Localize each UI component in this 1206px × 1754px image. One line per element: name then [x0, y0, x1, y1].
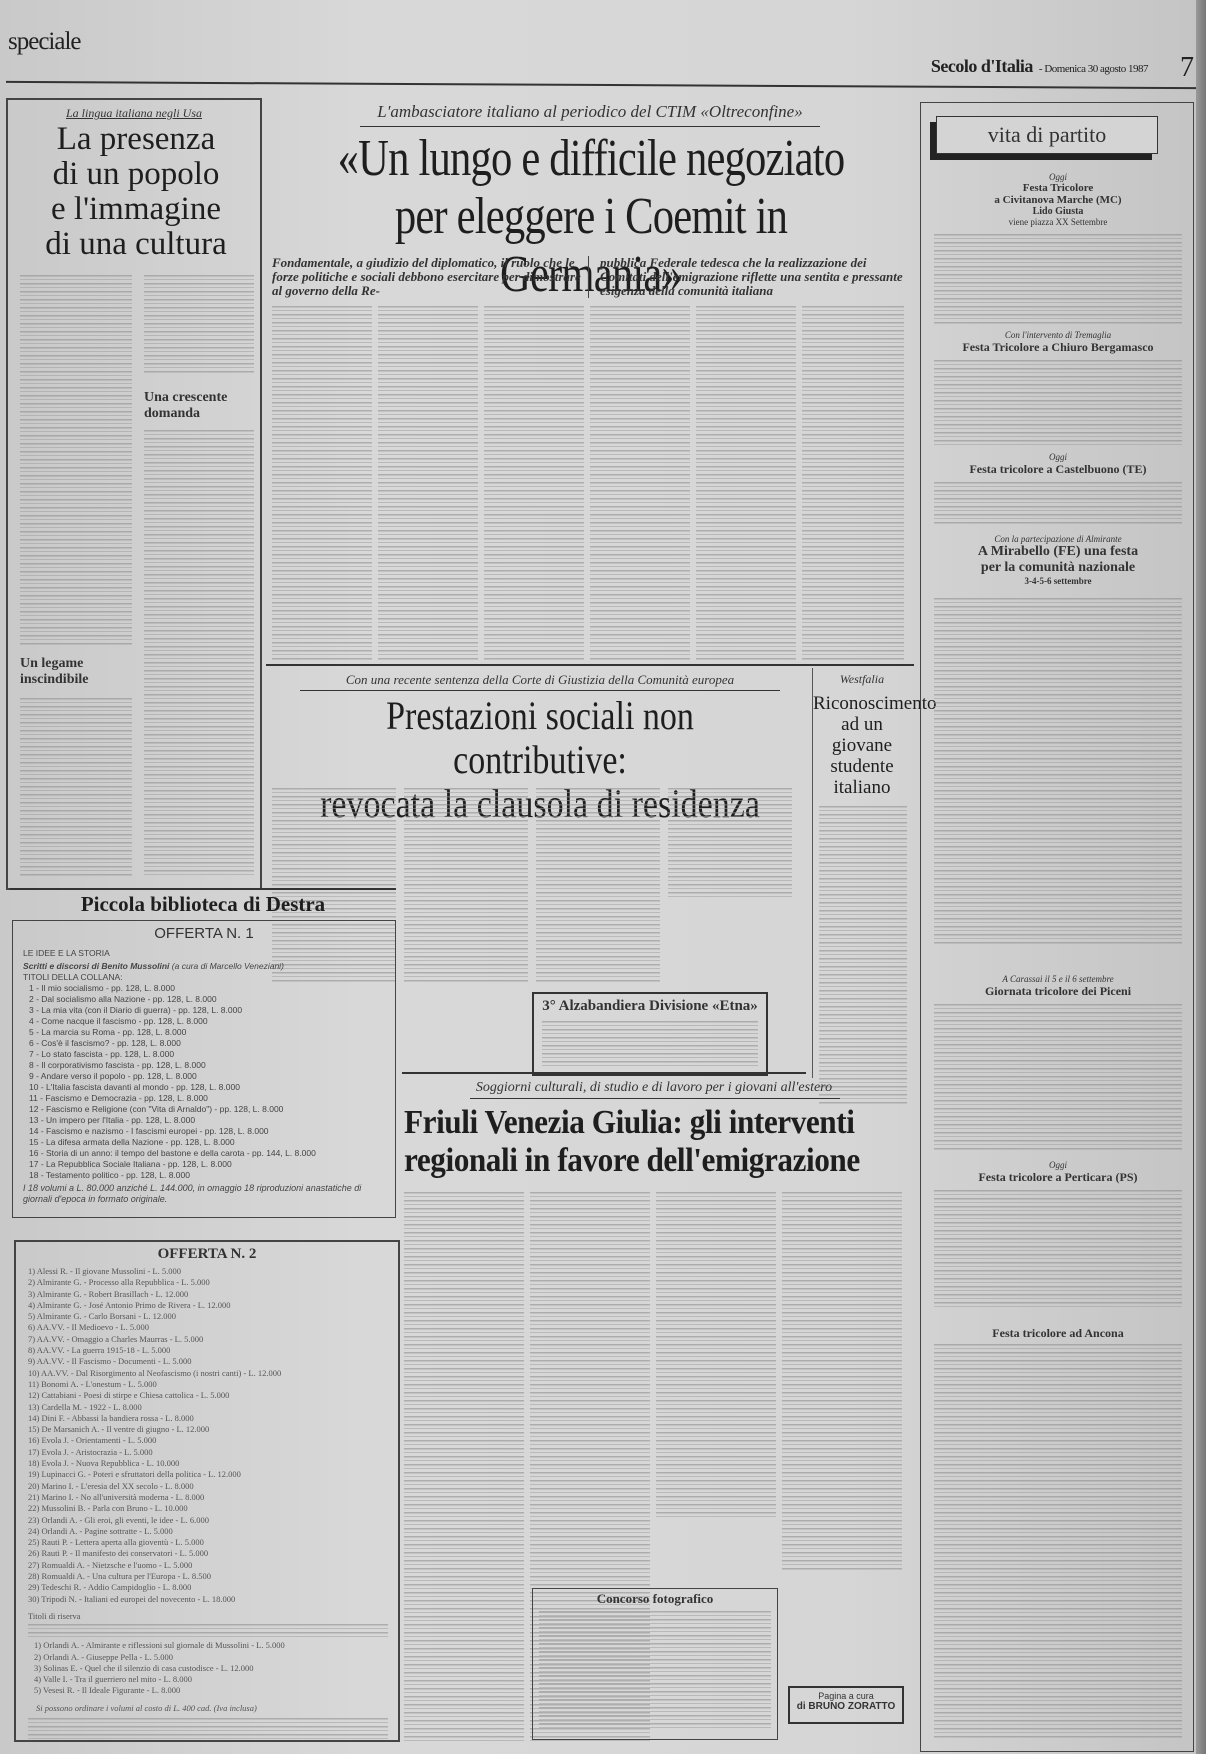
offer-2-extra-list: 1) Orlandi A. - Almirante e riflessioni … [16, 1638, 398, 1696]
page-number: 7 [1180, 52, 1194, 84]
list-item: 3) Solinas E. - Quel che il silenzio di … [34, 1663, 388, 1674]
vita-header-box: vita di partito [936, 116, 1158, 154]
biblioteca-title: Piccola biblioteca di Destra [10, 892, 396, 917]
masthead: Secolo d'Italia- Domenica 30 agosto 1987 [931, 56, 1148, 77]
list-item: 2) Almirante G. - Processo alla Repubbli… [28, 1277, 388, 1288]
social-kicker: Con una recente sentenza della Corte di … [270, 672, 810, 688]
newspaper-name: Secolo d'Italia [931, 56, 1033, 76]
list-item: 30) Tripodi N. - Italiani ed europei del… [28, 1594, 388, 1605]
friuli-top-rule [402, 1072, 806, 1074]
left-article-box: La lingua italiana negli Usa La presenza… [6, 98, 262, 890]
left-col1-text [20, 275, 132, 645]
offer-1-title: OFFERTA N. 1 [13, 925, 395, 942]
offer-2-box: OFFERTA N. 2 1) Alessi R. - Il giovane M… [14, 1240, 400, 1742]
list-item: 6 - Cos'è il fascismo? - pp. 128, L. 8.0… [29, 1038, 385, 1049]
list-item: 11) Bonomi A. - L'onestum - L. 5.000 [28, 1379, 388, 1390]
main-col5 [696, 306, 796, 661]
list-item: 5 - La marcia su Roma - pp. 128, L. 8.00… [29, 1027, 385, 1038]
list-item: 24) Orlandi A. - Pagine sottratte - L. 5… [28, 1526, 388, 1537]
etna-title: 3° Alzabandiera Divisione «Etna» [534, 998, 766, 1015]
social-col4 [668, 788, 792, 898]
list-item: 25) Rauti P. - Lettera aperta alla giove… [28, 1537, 388, 1548]
vita-title: vita di partito [937, 117, 1157, 153]
friuli-headline: Friuli Venezia Giulia: gli interventi re… [404, 1104, 864, 1180]
list-item: 8) AA.VV. - La guerra 1915-18 - L. 5.000 [28, 1345, 388, 1356]
offer-2-note: Si possono ordinare i volumi al costo di… [16, 1697, 398, 1714]
list-item: 8 - Il corporativismo fascista - pp. 128… [29, 1060, 385, 1071]
list-item: 1) Orlandi A. - Almirante e riflessioni … [34, 1640, 388, 1651]
left-col2b-text [144, 430, 254, 878]
list-item: 3) Almirante G. - Robert Brasillach - L.… [28, 1289, 388, 1300]
main-kicker: L'ambasciatore italiano al periodico del… [290, 102, 890, 122]
list-item: 18 - Testamento politico - pp. 128, L. 8… [29, 1170, 385, 1181]
list-item: 20) Marino I. - L'eresia del XX secolo -… [28, 1481, 388, 1492]
friuli-kicker-rule [470, 1098, 840, 1099]
list-item: 10) AA.VV. - Dal Risorgimento al Neofasc… [28, 1368, 388, 1379]
section-label: speciale [8, 28, 81, 56]
list-item: 2) Orlandi A. - Giuseppe Pella - L. 5.00… [34, 1652, 388, 1663]
vita-item-4: Con la partecipazione di Almirante A Mir… [930, 534, 1186, 586]
list-item: 5) Vesesi R. - Il Ideale Figurante - L. … [34, 1685, 388, 1696]
left-col1b-text [20, 698, 132, 878]
list-item: 15) De Marsanich A. - Il ventre di giugn… [28, 1424, 388, 1435]
friuli-col1 [404, 1192, 524, 1742]
list-item: 4) Valle I. - Tra il guerriero nel mito … [34, 1674, 388, 1685]
offer-2-title: OFFERTA N. 2 [16, 1246, 398, 1263]
page-edge-shadow [1196, 0, 1206, 1754]
westfalia-headline: Riconoscimento ad un giovane studente it… [813, 693, 911, 798]
main-col2 [378, 306, 478, 661]
list-item: 26) Rauti P. - Il manifesto dei conserva… [28, 1548, 388, 1559]
offer-2-list: 1) Alessi R. - Il giovane Mussolini - L.… [16, 1263, 398, 1605]
left-subhead-1: Una crescente domanda [144, 390, 254, 422]
list-item: 23) Orlandi A. - Gli eroi, gli eventi, l… [28, 1515, 388, 1526]
offer-1-footer: I 18 volumi a L. 80.000 anziché L. 144.0… [23, 1183, 385, 1205]
offer-1-series: LE IDEE E LA STORIA [23, 948, 385, 959]
friuli-kicker: Soggiorni culturali, di studio e di lavo… [404, 1080, 904, 1096]
list-item: 4) Almirante G. - José Antonio Primo de … [28, 1300, 388, 1311]
main-col4 [590, 306, 690, 661]
westfalia-column: Westfalia Riconoscimento ad un giovane s… [812, 668, 911, 1078]
left-subhead-2: Un legame inscindibile [20, 656, 132, 688]
list-item: 28) Romualdi A. - Una cultura per l'Euro… [28, 1571, 388, 1582]
main-bottom-rule [266, 664, 914, 666]
list-item: 27) Romualdi A. - Nietzsche e l'uomo - L… [28, 1560, 388, 1571]
list-item: 16) Evola J. - Orientamenti - L. 5.000 [28, 1435, 388, 1446]
list-item: 21) Marino I. - No all'università modern… [28, 1492, 388, 1503]
list-item: 12 - Fascismo e Religione (con "Vita di … [29, 1104, 385, 1115]
vita-item-5: A Carassai il 5 e il 6 settembre Giornat… [930, 974, 1186, 999]
list-item: 15 - La difesa armata della Nazione - pp… [29, 1137, 385, 1148]
list-item: 9 - Andare verso il popolo - pp. 128, L.… [29, 1071, 385, 1082]
vita-item-3: Oggi Festa tricolore a Castelbuono (TE) [930, 452, 1186, 477]
list-item: 1 - Il mio socialismo - pp. 128, L. 8.00… [29, 983, 385, 994]
credit-box: Pagina a cura di BRUNO ZORATTO [788, 1686, 904, 1724]
list-item: 4 - Come nacque il fascismo - pp. 128, L… [29, 1016, 385, 1027]
list-item: 2 - Dal socialismo alla Nazione - pp. 12… [29, 994, 385, 1005]
etna-box: 3° Alzabandiera Divisione «Etna» [532, 992, 768, 1076]
biblioteca-top-rule [10, 888, 396, 890]
social-col2 [404, 788, 528, 984]
list-item: 14) Dini F. - Abbassi la bandiera rossa … [28, 1413, 388, 1424]
vita-item-2: Con l'intervento di Tremaglia Festa Tric… [930, 330, 1186, 355]
newspaper-page: speciale Secolo d'Italia- Domenica 30 ag… [0, 0, 1206, 1754]
list-item: 16 - Storia di un anno: il tempo del bas… [29, 1148, 385, 1159]
list-item: 7 - Lo stato fascista - pp. 128, L. 8.00… [29, 1049, 385, 1060]
list-item: 3 - La mia vita (con il Diario di guerra… [29, 1005, 385, 1016]
list-item: 19) Lupinacci G. - Poteri e sfruttatori … [28, 1469, 388, 1480]
header-rule [6, 81, 1196, 89]
main-deck-right: pubblica Federale tedesca che la realizz… [600, 256, 910, 298]
list-item: 9) AA.VV. - Il Fascismo - Documenti - L.… [28, 1356, 388, 1367]
offer-1-list-label: TITOLI DELLA COLLANA: [23, 972, 385, 983]
list-item: 1) Alessi R. - Il giovane Mussolini - L.… [28, 1266, 388, 1277]
list-item: 13 - Un impero per l'Italia - pp. 128, L… [29, 1115, 385, 1126]
concorso-box: Concorso fotografico [532, 1588, 778, 1740]
friuli-col4 [782, 1192, 902, 1572]
list-item: 6) AA.VV. - Il Medioevo - L. 5.000 [28, 1322, 388, 1333]
main-col3 [484, 306, 584, 661]
left-kicker: La lingua italiana negli Usa [8, 106, 260, 121]
list-item: 14 - Fascismo e nazismo - I fascismi eur… [29, 1126, 385, 1137]
list-item: 17) Evola J. - Aristocrazia - L. 5.000 [28, 1447, 388, 1458]
list-item: 12) Cattabiani - Poesi di stirpe e Chies… [28, 1390, 388, 1401]
concorso-title: Concorso fotografico [533, 1591, 777, 1607]
list-item: 10 - L'Italia fascista davanti al mondo … [29, 1082, 385, 1093]
vita-item-1: Oggi Festa Tricolore a Civitanova Marche… [930, 172, 1186, 227]
vita-item-7: Festa tricolore ad Ancona [930, 1326, 1186, 1341]
main-deck-left: Fondamentale, a giudizio del diplomatico… [272, 256, 582, 298]
offer-2-extra-label: Titoli di riserva [16, 1605, 398, 1622]
westfalia-kicker: Westfalia [813, 672, 911, 687]
main-col6 [802, 306, 904, 661]
list-item: 7) AA.VV. - Omaggio a Charles Maurras - … [28, 1334, 388, 1345]
social-kicker-rule [300, 690, 780, 691]
list-item: 5) Almirante G. - Carlo Borsani - L. 12.… [28, 1311, 388, 1322]
offer-1-box: OFFERTA N. 1 LE IDEE E LA STORIA Scritti… [12, 920, 396, 1218]
list-item: 13) Cardella M. - 1922 - L. 8.000 [28, 1402, 388, 1413]
issue-date: - Domenica 30 agosto 1987 [1039, 63, 1148, 75]
social-col3 [536, 788, 660, 984]
list-item: 11 - Fascismo e Democrazia - pp. 128, L.… [29, 1093, 385, 1104]
left-headline: La presenza di un popolo e l'immagine di… [18, 122, 254, 262]
list-item: 17 - La Repubblica Sociale Italiana - pp… [29, 1159, 385, 1170]
offer-1-list: 1 - Il mio socialismo - pp. 128, L. 8.00… [23, 983, 385, 1181]
main-col1 [272, 306, 372, 661]
main-kicker-rule [360, 126, 820, 127]
list-item: 18) Evola J. - Nuova Repubblica - L. 10.… [28, 1458, 388, 1469]
friuli-col3 [656, 1192, 776, 1520]
list-item: 22) Mussolini B. - Parla con Bruno - L. … [28, 1503, 388, 1514]
vita-item-6: Oggi Festa tricolore a Perticara (PS) [930, 1160, 1186, 1185]
left-col2-text [144, 275, 254, 375]
list-item: 29) Tedeschi R. - Addio Campidoglio - L.… [28, 1582, 388, 1593]
